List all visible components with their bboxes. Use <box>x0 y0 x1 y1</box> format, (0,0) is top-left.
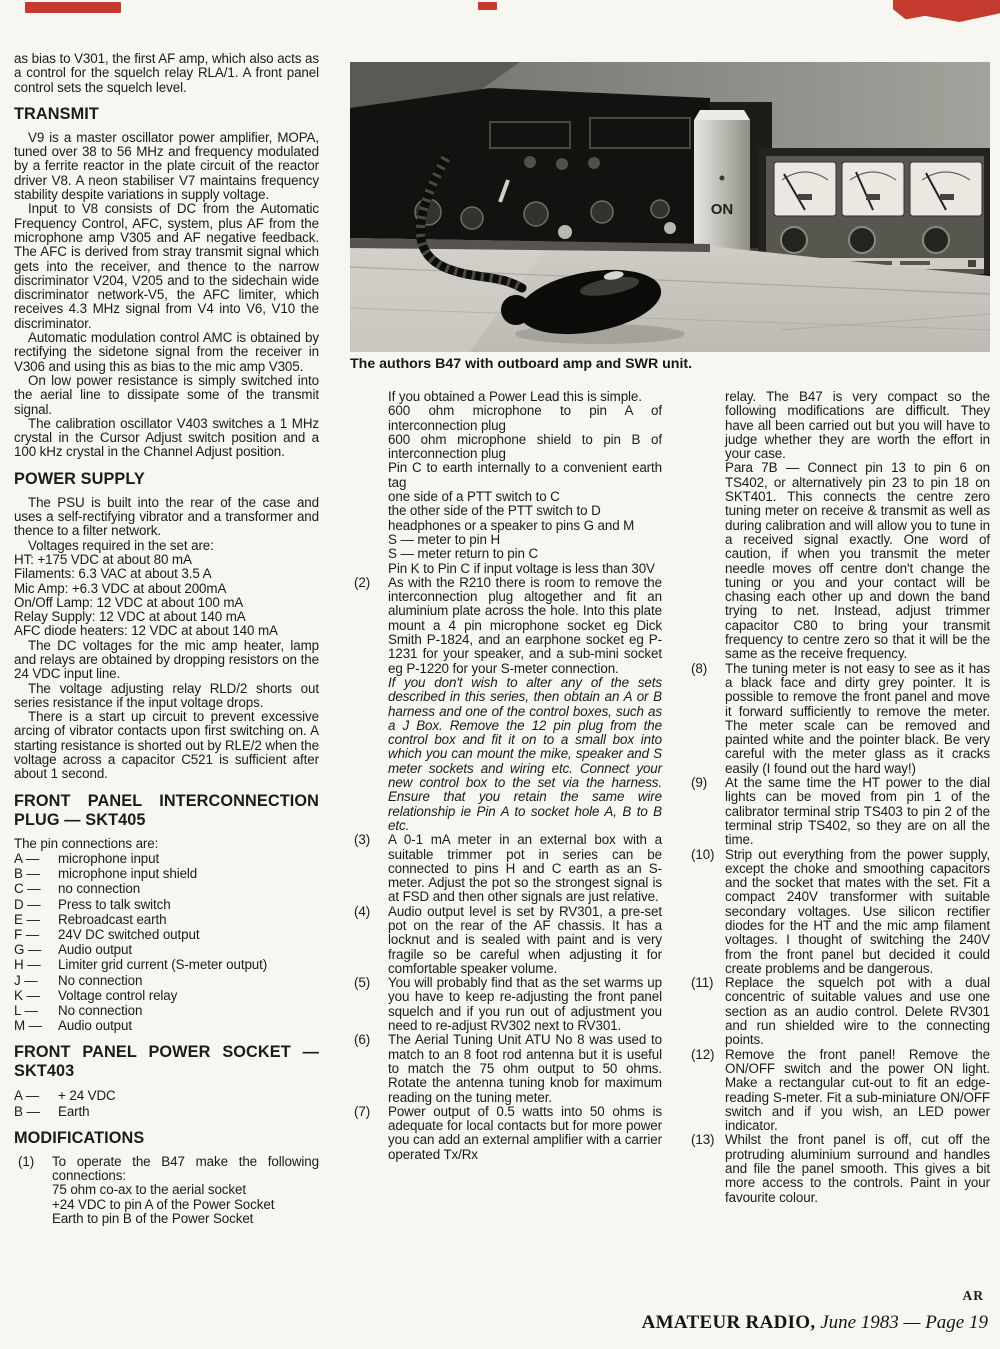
pin-description: Rebroadcast earth <box>58 912 166 927</box>
paragraph: Automatic modulation control AMC is obta… <box>14 331 319 374</box>
numbered-item: (10)Strip out everything from the power … <box>687 848 990 977</box>
item-body: Whilst the front panel is off, cut off t… <box>725 1133 990 1204</box>
amp-knob <box>849 227 875 253</box>
numbered-item: (12)Remove the front panel! Remove the O… <box>687 1048 990 1134</box>
item-body: You will probably find that as the set w… <box>388 976 662 1033</box>
numbered-item: (13)Whilst the front panel is off, cut o… <box>687 1133 990 1204</box>
paragraph: If you obtained a Power Lead this is sim… <box>388 390 662 404</box>
item-body: As with the R210 there is room to remove… <box>388 576 662 833</box>
photo-b47-radio: ON <box>350 62 990 352</box>
pin-letter: J — <box>14 973 58 988</box>
magazine-page: ON <box>0 0 1000 1349</box>
numbered-item: (9)At the same time the HT power to the … <box>687 776 990 847</box>
pin-row: A —microphone input <box>14 851 319 866</box>
paragraph: Filaments: 6.3 VAC at about 3.5 A <box>14 567 319 581</box>
pin-row: C —no connection <box>14 881 319 896</box>
item-number: (10) <box>687 848 725 977</box>
red-print-mark-middle <box>478 2 497 10</box>
pin-letter: D — <box>14 897 58 912</box>
item-number: (9) <box>687 776 725 847</box>
paragraph: On low power resistance is simply switch… <box>14 374 319 417</box>
pin-letter: L — <box>14 1003 58 1018</box>
item-body: The tuning meter is not easy to see as i… <box>725 662 990 776</box>
pin-description: + 24 VDC <box>58 1088 116 1103</box>
pin-row: F —24V DC switched output <box>14 927 319 942</box>
section-heading: POWER SUPPLY <box>14 470 319 489</box>
pin-row: D —Press to talk switch <box>14 897 319 912</box>
item-line: +24 VDC to pin A of the Power Socket <box>52 1198 319 1212</box>
paragraph: S — meter return to pin C <box>388 547 662 561</box>
item-text: You will probably find that as the set w… <box>388 976 662 1033</box>
article-end-marker: AR <box>963 1288 985 1304</box>
paragraph: Mic Amp: +6.3 VDC at about 200mA <box>14 582 319 596</box>
paragraph: The PSU is built into the rear of the ca… <box>14 496 319 539</box>
photo-illustration: ON <box>350 62 990 352</box>
issue-and-page: June 1983 — Page 19 <box>815 1312 988 1333</box>
pin-description: 24V DC switched output <box>58 927 199 942</box>
pin-description: No connection <box>58 1003 142 1018</box>
paragraph: 600 ohm microphone shield to pin B of in… <box>388 433 662 462</box>
section-heading: TRANSMIT <box>14 105 319 124</box>
photo-caption: The authors B47 with outboard amp and SW… <box>350 356 990 372</box>
item-text: Power output of 0.5 watts into 50 ohms i… <box>388 1105 662 1162</box>
pin-description: no connection <box>58 881 140 896</box>
pin-letter: C — <box>14 881 58 896</box>
item-text: Replace the squelch pot with a dual conc… <box>725 976 990 1047</box>
section-heading: MODIFICATIONS <box>14 1129 319 1148</box>
item-body: Power output of 0.5 watts into 50 ohms i… <box>388 1105 662 1162</box>
item-number: (8) <box>687 662 725 776</box>
pin-letter: G — <box>14 942 58 957</box>
item-number: (7) <box>350 1105 388 1162</box>
paragraph: Input to V8 consists of DC from the Auto… <box>14 202 319 331</box>
pin-row: L —No connection <box>14 1003 319 1018</box>
pin-row: H —Limiter grid current (S-meter output) <box>14 957 319 972</box>
pin-row: G —Audio output <box>14 942 319 957</box>
item-text: The Aerial Tuning Unit ATU No 8 was used… <box>388 1033 662 1104</box>
pin-letter: B — <box>14 1104 58 1119</box>
pin-description: Press to talk switch <box>58 897 171 912</box>
paragraph: The calibration oscillator V403 switches… <box>14 417 319 460</box>
pin-row: B —Earth <box>14 1104 319 1119</box>
amp-knob <box>781 227 807 253</box>
paragraph: There is a start up circuit to prevent e… <box>14 710 319 781</box>
paragraph: one side of a PTT switch to C <box>388 490 662 504</box>
pin-description: microphone input <box>58 851 159 866</box>
pin-description: Limiter grid current (S-meter output) <box>58 957 267 972</box>
pin-letter: K — <box>14 988 58 1003</box>
numbered-item: (4)Audio output level is set by RV301, a… <box>350 905 662 976</box>
item-text: Audio output level is set by RV301, a pr… <box>388 905 662 976</box>
pin-row: K —Voltage control relay <box>14 988 319 1003</box>
pin-description: No connection <box>58 973 142 988</box>
item-body: The Aerial Tuning Unit ATU No 8 was used… <box>388 1033 662 1104</box>
paragraph: relay. The B47 is very compact so the fo… <box>725 390 990 461</box>
paragraph: 600 ohm microphone to pin A of interconn… <box>388 404 662 433</box>
pin-letter: A — <box>14 851 58 866</box>
red-print-mark-left <box>25 2 121 13</box>
page-footer: AMATEUR RADIO, June 1983 — Page 19 <box>642 1312 988 1334</box>
item-number: (5) <box>350 976 388 1033</box>
pin-row: A —+ 24 VDC <box>14 1088 319 1103</box>
item-text: At the same time the HT power to the dia… <box>725 776 990 847</box>
pin-description: Audio output <box>58 942 132 957</box>
pin-description: Earth <box>58 1104 90 1119</box>
paragraph: Pin K to Pin C if input voltage is less … <box>388 562 662 576</box>
numbered-item: (3)A 0-1 mA meter in an external box wit… <box>350 833 662 904</box>
item-text: Remove the front panel! Remove the ON/OF… <box>725 1048 990 1134</box>
item-body: Audio output level is set by RV301, a pr… <box>388 905 662 976</box>
left-column: as bias to V301, the first AF amp, which… <box>14 52 319 1226</box>
item-text: Strip out everything from the power supp… <box>725 848 990 977</box>
pin-description: microphone input shield <box>58 866 197 881</box>
item-number: (1) <box>14 1155 52 1226</box>
numbered-item: (7)Power output of 0.5 watts into 50 ohm… <box>350 1105 662 1162</box>
magazine-title: AMATEUR RADIO, <box>642 1312 816 1333</box>
paragraph: HT: +175 VDC at about 80 mA <box>14 553 319 567</box>
item-body: To operate the B47 make the following co… <box>52 1155 319 1226</box>
item-body: Strip out everything from the power supp… <box>725 848 990 977</box>
item-body: At the same time the HT power to the dia… <box>725 776 990 847</box>
paragraph: Voltages required in the set are: <box>14 539 319 553</box>
item-number: (11) <box>687 976 725 1047</box>
paragraph: On/Off Lamp: 12 VDC at about 100 mA <box>14 596 319 610</box>
paragraph: headphones or a speaker to pins G and M <box>388 519 662 533</box>
numbered-item: (5)You will probably find that as the se… <box>350 976 662 1033</box>
paragraph: Para 7B — Connect pin 13 to pin 6 on TS4… <box>725 461 990 661</box>
item-body: Remove the front panel! Remove the ON/OF… <box>725 1048 990 1134</box>
on-label: ON <box>711 201 734 218</box>
paragraph: as bias to V301, the first AF amp, which… <box>14 52 319 95</box>
on-switch-bar: ON <box>694 110 750 250</box>
item-number: (12) <box>687 1048 725 1134</box>
pin-description: Voltage control relay <box>58 988 177 1003</box>
pin-letter: B — <box>14 866 58 881</box>
numbered-item: (11)Replace the squelch pot with a dual … <box>687 976 990 1047</box>
numbered-item: (6)The Aerial Tuning Unit ATU No 8 was u… <box>350 1033 662 1104</box>
pin-row: E —Rebroadcast earth <box>14 912 319 927</box>
red-print-mark-right <box>893 0 1000 22</box>
section-heading: FRONT PANEL INTERCONNECTION PLUG — SKT40… <box>14 792 319 830</box>
item-italic-text: If you don't wish to alter any of the se… <box>388 676 662 833</box>
item-number: (4) <box>350 905 388 976</box>
paragraph: V9 is a master oscillator power amplifie… <box>14 131 319 202</box>
item-text: Whilst the front panel is off, cut off t… <box>725 1133 990 1204</box>
item-text: A 0-1 mA meter in an external box with a… <box>388 833 662 904</box>
pin-letter: E — <box>14 912 58 927</box>
paragraph: AFC diode heaters: 12 VDC at about 140 m… <box>14 624 319 638</box>
pin-letter: M — <box>14 1018 58 1033</box>
item-text: To operate the B47 make the following co… <box>52 1155 319 1184</box>
numbered-item: (1)To operate the B47 make the following… <box>14 1155 319 1226</box>
item-text: As with the R210 there is room to remove… <box>388 576 662 676</box>
numbered-item: (8)The tuning meter is not easy to see a… <box>687 662 990 776</box>
pin-row: J —No connection <box>14 973 319 988</box>
pin-letter: A — <box>14 1088 58 1103</box>
paragraph: Relay Supply: 12 VDC at about 140 mA <box>14 610 319 624</box>
pin-description: Audio output <box>58 1018 132 1033</box>
paragraph: S — meter to pin H <box>388 533 662 547</box>
item-number: (2) <box>350 576 388 833</box>
item-number: (3) <box>350 833 388 904</box>
paragraph: Pin C to earth internally to a convenien… <box>388 461 662 490</box>
middle-column: If you obtained a Power Lead this is sim… <box>350 390 662 1162</box>
pin-row: B —microphone input shield <box>14 866 319 881</box>
item-text: The tuning meter is not easy to see as i… <box>725 662 990 776</box>
pin-letter: F — <box>14 927 58 942</box>
paragraph: The DC voltages for the mic amp heater, … <box>14 639 319 682</box>
item-line: Earth to pin B of the Power Socket <box>52 1212 319 1226</box>
item-number: (6) <box>350 1033 388 1104</box>
paragraph: the other side of the PTT switch to D <box>388 504 662 518</box>
item-number: (13) <box>687 1133 725 1204</box>
paragraph: The pin connections are: <box>14 837 319 851</box>
pin-row: M —Audio output <box>14 1018 319 1033</box>
item-body: A 0-1 mA meter in an external box with a… <box>388 833 662 904</box>
item-line: 75 ohm co-ax to the aerial socket <box>52 1183 319 1197</box>
section-heading: FRONT PANEL POWER SOCKET — SKT403 <box>14 1043 319 1081</box>
numbered-item: (2)As with the R210 there is room to rem… <box>350 576 662 833</box>
item-body: Replace the squelch pot with a dual conc… <box>725 976 990 1047</box>
pin-letter: H — <box>14 957 58 972</box>
right-column: relay. The B47 is very compact so the fo… <box>687 390 990 1205</box>
paragraph: The voltage adjusting relay RLD/2 shorts… <box>14 682 319 711</box>
amp-knob <box>923 227 949 253</box>
